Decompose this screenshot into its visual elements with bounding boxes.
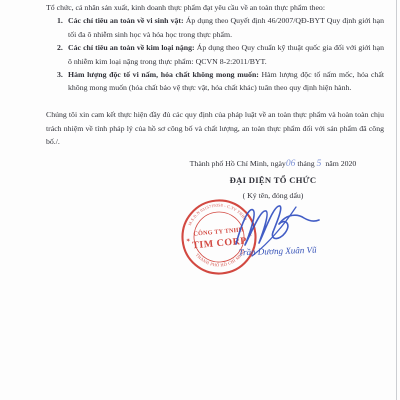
list-item-number: 1. [57,14,63,27]
place-date-mid: tháng [297,159,314,168]
scanned-page-edge [396,0,397,400]
document-body: Tổ chức, cá nhân sản xuất, kinh doanh th… [46,1,384,149]
intro-paragraph: Tổ chức, cá nhân sản xuất, kinh doanh th… [46,1,384,14]
place-date-prefix: Thành phố Hồ Chí Minh, ngày [190,159,286,168]
commitment-paragraph: Chúng tôi xin cam kết thực hiện đầy đủ c… [46,108,384,148]
list-item-number: 2. [57,41,63,54]
document-page: Tổ chức, cá nhân sản xuất, kinh doanh th… [0,0,400,400]
handwritten-month: 5 [317,159,322,169]
list-item-heading: Hàm lượng độc tố vi nấm, hóa chất không … [68,70,259,79]
handwritten-day: 06 [286,159,296,169]
stamp-star-left-icon: ✶ [185,237,191,244]
safety-criteria-list: 1.Các chỉ tiêu an toàn về vi sinh vật: Á… [46,14,384,94]
list-item-number: 3. [57,68,63,81]
representative-title: ĐẠI DIỆN TỔ CHỨC [133,175,400,186]
place-date-suffix: năm 2020 [323,159,356,168]
list-item-heading: Các chỉ tiêu an toàn về vi sinh vật: [68,16,184,25]
list-item-heading: Các chỉ tiêu an toàn về kim loại nặng: [68,43,195,52]
place-date-line: Thành phố Hồ Chí Minh, ngày06tháng5 năm … [133,158,400,170]
list-item-3: 3.Hàm lượng độc tố vi nấm, hóa chất khôn… [46,68,384,95]
list-item-2: 2.Các chỉ tiêu an toàn về kim loại nặng:… [46,41,384,68]
list-item-1: 1.Các chỉ tiêu an toàn về vi sinh vật: Á… [46,14,384,41]
